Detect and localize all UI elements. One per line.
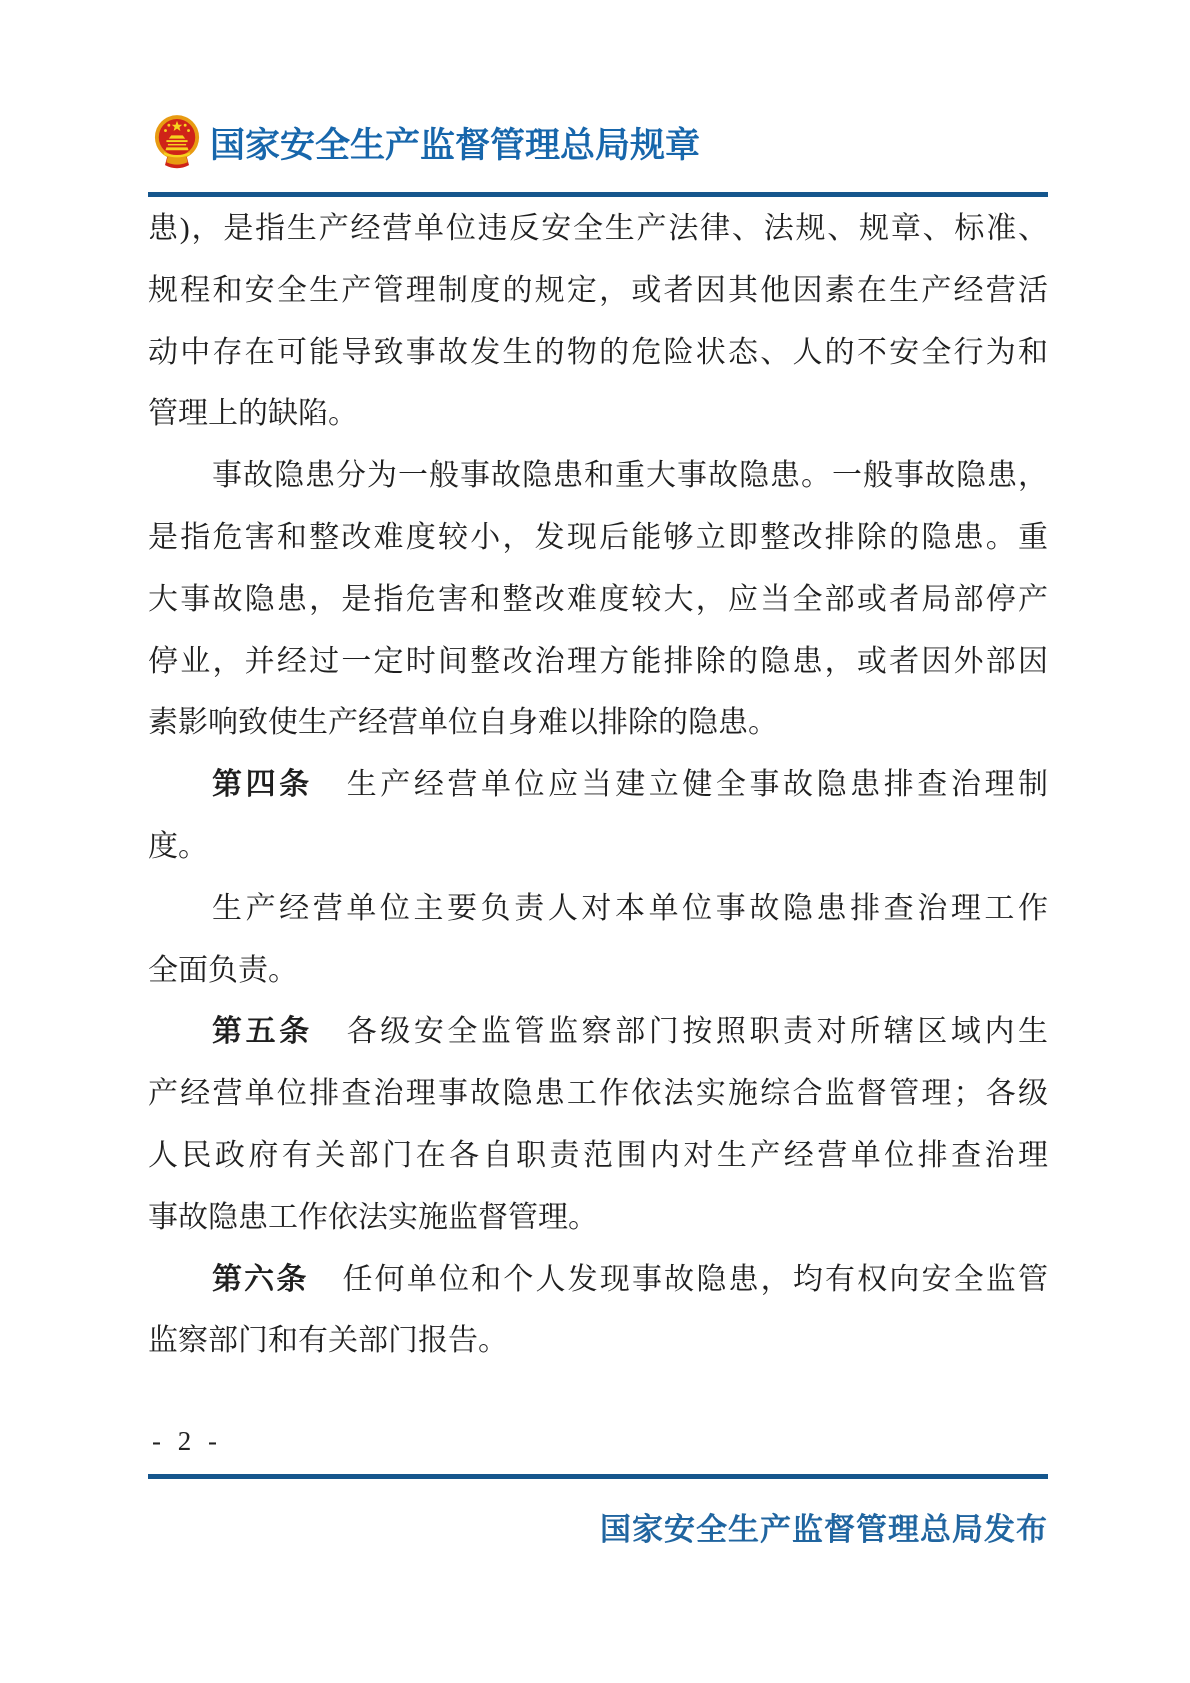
- body-line: 患)，是指生产经营单位违反安全生产法律、法规、规章、标准、: [148, 198, 1048, 260]
- article-number: 第四条: [212, 768, 313, 801]
- body-line: 人民政府有关部门在各自职责范围内对生产经营单位排查治理: [148, 1125, 1048, 1187]
- body-line: 第五条各级安全监管监察部门按照职责对所辖区域内生: [148, 1001, 1048, 1063]
- document-page: 国家安全生产监督管理总局规章 患)，是指生产经营单位违反安全生产法律、法规、规章…: [0, 0, 1190, 1683]
- footer-rule: [148, 1474, 1048, 1479]
- body-line-text: 任何单位和个人发现事故隐患，均有权向安全监管: [343, 1263, 1049, 1296]
- body-line: 全面负责。: [148, 940, 1048, 1002]
- body-line: 生产经营单位主要负责人对本单位事故隐患排查治理工作: [148, 878, 1048, 940]
- body-line: 规程和安全生产管理制度的规定，或者因其他因素在生产经营活: [148, 260, 1048, 322]
- body-line: 动中存在可能导致事故发生的物的危险状态、人的不安全行为和: [148, 322, 1048, 384]
- body-line: 监察部门和有关部门报告。: [148, 1310, 1048, 1372]
- header-rule: [148, 192, 1048, 197]
- page-number: - 2 -: [152, 1426, 222, 1457]
- body-line-text: 生产经营单位应当建立健全事故隐患排查治理制: [347, 768, 1048, 801]
- article-number: 第五条: [212, 1015, 313, 1048]
- header-title: 国家安全生产监督管理总局规章: [210, 118, 700, 168]
- document-header: 国家安全生产监督管理总局规章: [153, 114, 700, 172]
- body-line: 停业，并经过一定时间整改治理方能排除的隐患，或者因外部因: [148, 631, 1048, 693]
- document-body: 患)，是指生产经营单位违反安全生产法律、法规、规章、标准、规程和安全生产管理制度…: [148, 198, 1048, 1372]
- body-line: 管理上的缺陷。: [148, 383, 1048, 445]
- article-number: 第六条: [212, 1263, 309, 1296]
- publisher-line: 国家安全生产监督管理总局发布: [148, 1504, 1048, 1549]
- body-line: 大事故隐患，是指危害和整改难度较大，应当全部或者局部停产: [148, 569, 1048, 631]
- china-national-emblem-icon: [153, 114, 201, 172]
- body-line: 产经营单位排查治理事故隐患工作依法实施综合监督管理；各级: [148, 1063, 1048, 1125]
- body-line: 第六条任何单位和个人发现事故隐患，均有权向安全监管: [148, 1249, 1048, 1311]
- body-line: 素影响致使生产经营单位自身难以排除的隐患。: [148, 692, 1048, 754]
- body-line: 事故隐患分为一般事故隐患和重大事故隐患。一般事故隐患，: [148, 445, 1048, 507]
- body-line: 是指危害和整改难度较小，发现后能够立即整改排除的隐患。重: [148, 507, 1048, 569]
- body-line: 度。: [148, 816, 1048, 878]
- body-line: 第四条生产经营单位应当建立健全事故隐患排查治理制: [148, 754, 1048, 816]
- body-line: 事故隐患工作依法实施监督管理。: [148, 1187, 1048, 1249]
- body-line-text: 各级安全监管监察部门按照职责对所辖区域内生: [347, 1015, 1048, 1048]
